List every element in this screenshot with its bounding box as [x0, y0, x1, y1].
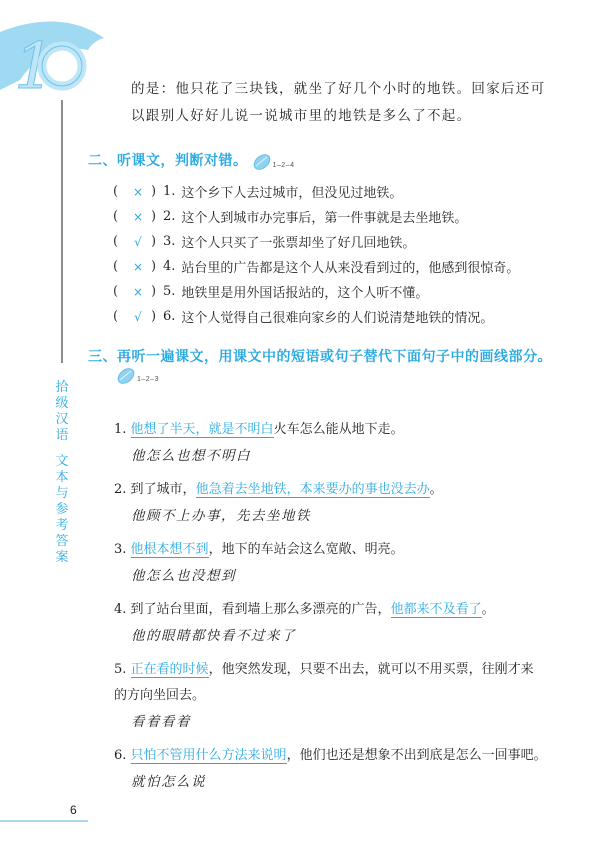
statement: 地铁里是用外国话报站的，这个人听不懂。 — [181, 282, 428, 301]
intro-paragraph: 的是：他只花了三块钱，就坐了好几个小时的地铁。回家后还可 以跟别人好好儿说一说城… — [131, 76, 561, 130]
exercise-item: 2. 到了城市，他急着去坐地铁，本来要办的事也没去办。 他顾不上办事，先去坐地铁 — [114, 477, 564, 529]
question: 2. 到了城市，他急着去坐地铁，本来要办的事也没去办。 — [114, 477, 564, 503]
answer-mark: √ — [125, 235, 151, 249]
answer-mark: × — [125, 185, 151, 199]
side-char: 文 — [52, 454, 72, 470]
statement: 这个乡下人去过城市，但没见过地铁。 — [181, 182, 402, 201]
question: 1. 他想了半天，就是不明白火车怎么能从地下走。 — [114, 417, 564, 443]
footer-rule — [0, 820, 88, 822]
side-char: 考 — [52, 518, 72, 534]
answer: 看着看着 — [114, 709, 564, 735]
side-char: 参 — [52, 502, 72, 518]
tf-item: (×) 4.站台里的广告都是这个人从来没看到过的，他感到很惊奇。 — [113, 254, 519, 279]
rewrite-exercise-list: 1. 他想了半天，就是不明白火车怎么能从地下走。 他怎么也想不明白 2. 到了城… — [114, 417, 564, 803]
question: 6. 只怕不管用什么方法来说明，他们也还是想象不出到底是怎么一回事吧。 — [114, 743, 564, 769]
statement: 这个人觉得自己很难向家乡的人们说清楚地铁的情况。 — [181, 307, 493, 326]
question-continuation: 的方向坐回去。 — [114, 683, 564, 709]
side-char: 语 — [52, 428, 72, 444]
answer: 就怕怎么说 — [114, 769, 564, 795]
audio-cd-icon[interactable] — [116, 366, 136, 384]
underlined-phrase: 他根本想不到 — [131, 542, 209, 558]
answer: 他怎么也想不明白 — [114, 443, 564, 469]
section3-title: 三、再听一遍课文，用课文中的短语或句子替代下面句子中的画线部分。 — [88, 346, 552, 366]
answer-mark: √ — [125, 310, 151, 324]
statement: 这个人只买了一张票却坐了好几回地铁。 — [181, 232, 415, 251]
side-char: 级 — [52, 396, 72, 412]
side-char: 与 — [52, 486, 72, 502]
exercise-item: 3. 他根本想不到，地下的车站会这么宽敞、明亮。 他怎么也没想到 — [114, 537, 564, 589]
tf-item: (×) 1.这个乡下人去过城市，但没见过地铁。 — [113, 179, 519, 204]
answer: 他的眼睛都快看不过来了 — [114, 623, 564, 649]
exercise-item: 4. 到了站台里面，看到墙上那么多漂亮的广告，他都来不及看了。 他的眼睛都快看不… — [114, 597, 564, 649]
lesson-number: 1 — [14, 30, 55, 100]
answer-mark: × — [125, 285, 151, 299]
side-char: 拾 — [52, 380, 72, 396]
audio-track-number: 1–2–4 — [273, 162, 295, 169]
statement: 这个人到城市办完事后，第一件事就是去坐地铁。 — [181, 207, 467, 226]
statement: 站台里的广告都是这个人从来没看到过的，他感到很惊奇。 — [181, 257, 519, 276]
underlined-phrase: 他想了半天，就是不明白 — [131, 422, 274, 438]
tf-item: (×) 5.地铁里是用外国话报站的，这个人听不懂。 — [113, 279, 519, 304]
exercise-item: 5. 正在看的时候，他突然发现，只要不出去，就可以不用买票，往刚才来 的方向坐回… — [114, 657, 564, 735]
underlined-phrase: 他急着去坐地铁，本来要办的事也没去办 — [196, 482, 430, 498]
paragraph-line: 的是：他只花了三块钱，就坐了好几个小时的地铁。回家后还可 — [131, 76, 561, 103]
underlined-phrase: 他都来不及看了 — [391, 602, 482, 618]
lesson-number-badge: 1 — [0, 10, 110, 100]
answer: 他顾不上办事，先去坐地铁 — [114, 503, 564, 529]
underlined-phrase: 只怕不管用什么方法来说明 — [131, 748, 287, 764]
tf-item: (×) 2.这个人到城市办完事后，第一件事就是去坐地铁。 — [113, 204, 519, 229]
exercise-item: 6. 只怕不管用什么方法来说明，他们也还是想象不出到底是怎么一回事吧。 就怕怎么… — [114, 743, 564, 795]
page-number: 6 — [70, 803, 77, 817]
answer-mark: × — [125, 260, 151, 274]
section2-title: 二、听课文，判断对错。 — [88, 150, 248, 170]
audio-track-number: 1–2–3 — [137, 376, 159, 383]
paragraph-line: 以跟别人好好儿说一说城市里的地铁是多么了不起。 — [131, 103, 561, 130]
brush-stroke-icon: 1 — [0, 10, 110, 100]
tf-item: (√) 3.这个人只买了一张票却坐了好几回地铁。 — [113, 229, 519, 254]
answer-mark: × — [125, 210, 151, 224]
question: 3. 他根本想不到，地下的车站会这么宽敞、明亮。 — [114, 537, 564, 563]
side-char: 案 — [52, 550, 72, 566]
side-char: 本 — [52, 470, 72, 486]
section3-heading: 三、再听一遍课文，用课文中的短语或句子替代下面句子中的画线部分。 — [88, 346, 552, 366]
true-false-list: (×) 1.这个乡下人去过城市，但没见过地铁。 (×) 2.这个人到城市办完事后… — [113, 179, 519, 329]
side-char: 答 — [52, 534, 72, 550]
question: 5. 正在看的时候，他突然发现，只要不出去，就可以不用买票，往刚才来 — [114, 657, 564, 683]
side-book-title: 拾 级 汉 语 文 本 与 参 考 答 案 — [52, 380, 72, 566]
answer: 他怎么也没想到 — [114, 563, 564, 589]
section3-audio: 1–2–3 — [116, 366, 159, 384]
underlined-phrase: 正在看的时候 — [131, 662, 209, 678]
exercise-item: 1. 他想了半天，就是不明白火车怎么能从地下走。 他怎么也想不明白 — [114, 417, 564, 469]
side-char: 汉 — [52, 412, 72, 428]
section2-heading: 二、听课文，判断对错。 1–2–4 — [88, 150, 294, 170]
side-rule — [61, 100, 63, 363]
audio-cd-icon[interactable] — [252, 152, 272, 170]
question: 4. 到了站台里面，看到墙上那么多漂亮的广告，他都来不及看了。 — [114, 597, 564, 623]
tf-item: (√) 6.这个人觉得自己很难向家乡的人们说清楚地铁的情况。 — [113, 304, 519, 329]
